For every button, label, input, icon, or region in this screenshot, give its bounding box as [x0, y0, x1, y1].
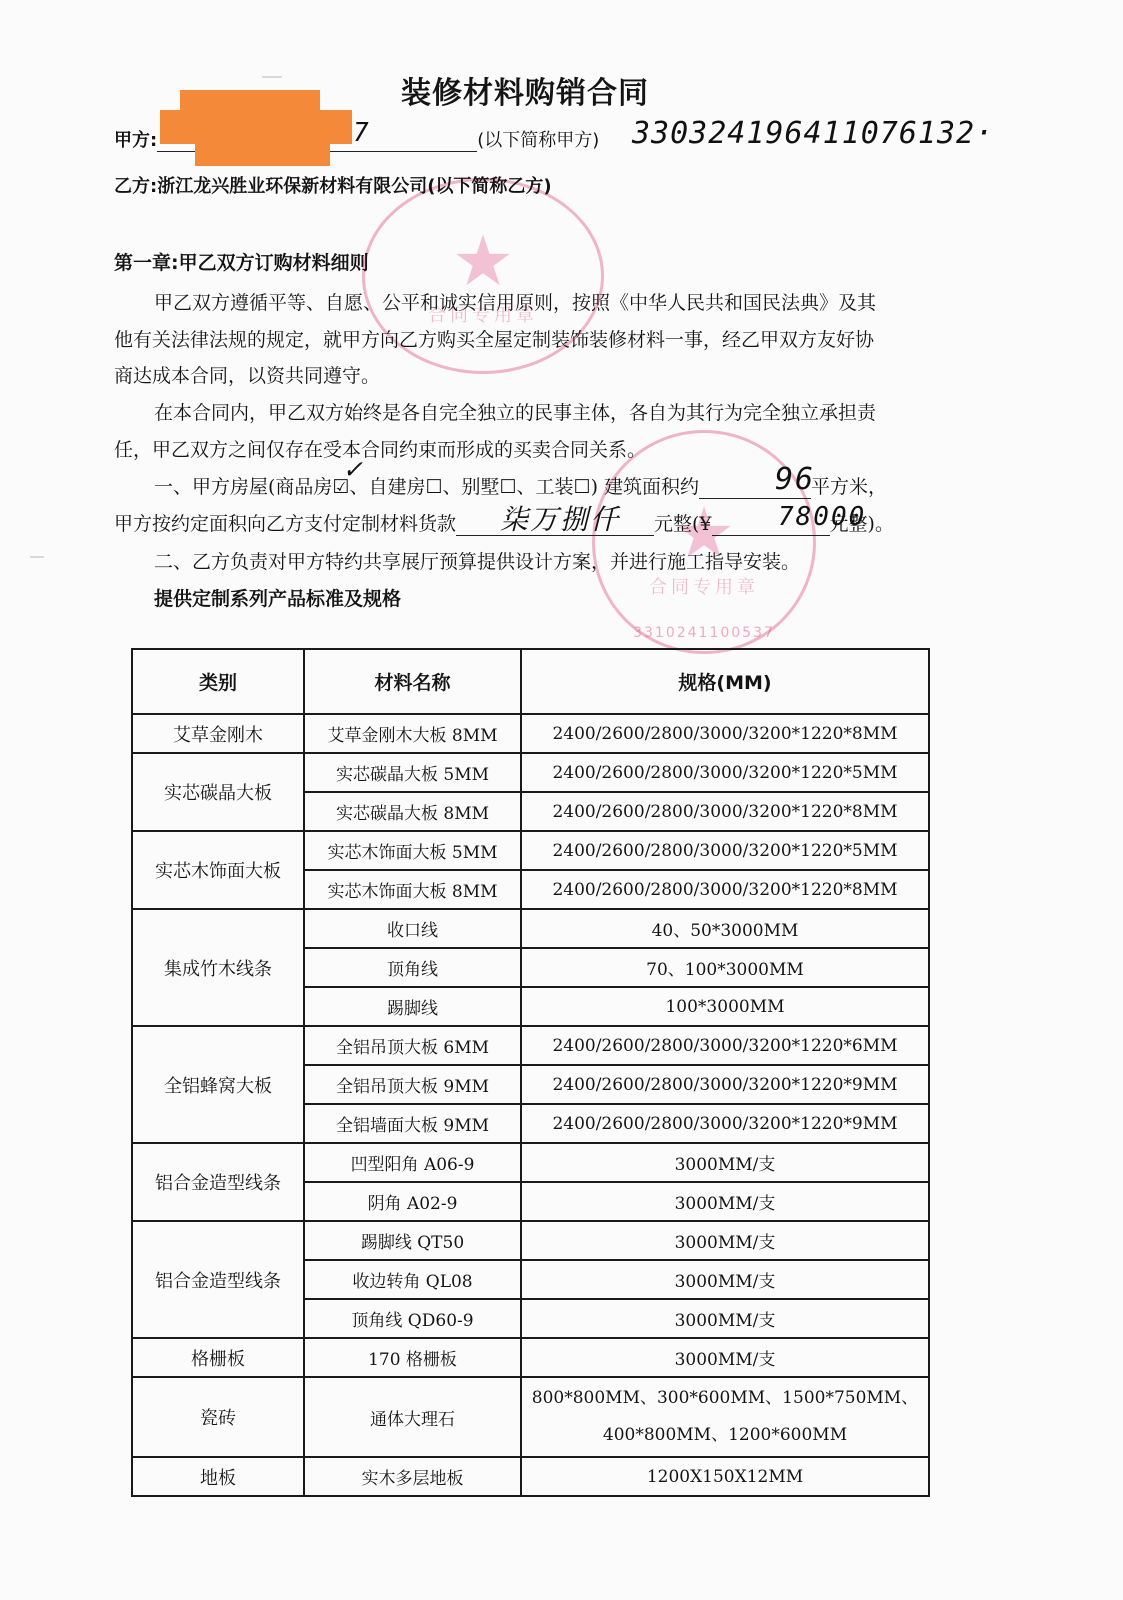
- category-cell: 瓷砖: [132, 1377, 304, 1457]
- paragraph-1-line-1: 甲乙双方遵循平等、自愿、公平和诚实信用原则，按照《中华人民共和国民法典》及其: [154, 288, 876, 315]
- paragraph-2-line-1: 在本合同内，甲乙双方始终是各自完全独立的民事主体，各自为其行为完全独立承担责: [154, 398, 876, 425]
- category-cell: 集成竹木线条: [132, 909, 304, 1026]
- material-name-cell: 170 格栅板: [304, 1338, 521, 1377]
- party-b-suffix: (以下简称乙方): [427, 176, 551, 197]
- material-name-cell: 实芯碳晶大板 8MM: [304, 792, 521, 831]
- category-cell: 艾草金刚木: [132, 714, 304, 753]
- category-cell: 格栅板: [132, 1338, 304, 1377]
- spec-cell: 1200X150X12MM: [521, 1457, 929, 1496]
- table-row: 格栅板 170 格栅板 3000MM/支: [132, 1338, 929, 1377]
- material-name-cell: 实木多层地板: [304, 1457, 521, 1496]
- spec-cell: 40、50*3000MM: [521, 909, 929, 948]
- spec-cell: 2400/2600/2800/3000/3200*1220*5MM: [521, 753, 929, 792]
- spec-cell: 3000MM/支: [521, 1260, 929, 1299]
- material-name-cell: 实芯木饰面大板 5MM: [304, 831, 521, 870]
- material-name-cell: 通体大理石: [304, 1377, 521, 1457]
- spec-line-1: 800*800MM、300*600MM、1500*750MM、: [522, 1380, 928, 1417]
- paragraph-1-line-3: 商达成本合同，以资共同遵守。: [114, 361, 380, 388]
- spec-cell: 2400/2600/2800/3000/3200*1220*8MM: [521, 870, 929, 909]
- header-category: 类别: [132, 649, 304, 714]
- area-unit: 平方米，: [811, 476, 887, 498]
- category-cell: 实芯木饰面大板: [132, 831, 304, 909]
- table-row: 铝合金造型线条 踢脚线 QT50 3000MM/支: [132, 1221, 929, 1260]
- header-specification: 规格(MM): [521, 649, 929, 714]
- material-name-cell: 收口线: [304, 909, 521, 948]
- amount-words-handwritten: 柒万捌仟: [500, 498, 620, 538]
- material-name-cell: 踢脚线: [304, 987, 521, 1026]
- spec-table: 类别 材料名称 规格(MM) 艾草金刚木 艾草金刚木大板 8MM 2400/26…: [131, 648, 930, 1497]
- category-cell: 地板: [132, 1457, 304, 1496]
- stamp-text: 合同专用章: [595, 573, 813, 599]
- paragraph-1-line-2: 他有关法律法规的规定，就甲方向乙方购买全屋定制装饰装修材料一事，经乙甲双方友好协: [114, 325, 874, 352]
- material-name-cell: 凹型阳角 A06-9: [304, 1143, 521, 1182]
- checkmark-handwritten: ✓: [344, 452, 363, 485]
- table-row: 地板 实木多层地板 1200X150X12MM: [132, 1457, 929, 1496]
- spec-cell: 100*3000MM: [521, 987, 929, 1026]
- clause-1-middle: 、自建房☐、别墅☐、工装☐) 建筑面积约: [349, 476, 699, 498]
- redaction-box: [195, 140, 330, 166]
- table-row: 全铝蜂窝大板 全铝吊顶大板 6MM 2400/2600/2800/3000/32…: [132, 1026, 929, 1065]
- area-handwritten: 96: [775, 462, 815, 497]
- spec-cell: 800*800MM、300*600MM、1500*750MM、 400*800M…: [521, 1377, 929, 1457]
- spec-cell: 3000MM/支: [521, 1338, 929, 1377]
- amount-mid: 元整(¥: [654, 513, 712, 535]
- table-row: 艾草金刚木 艾草金刚木大板 8MM 2400/2600/2800/3000/32…: [132, 714, 929, 753]
- material-name-cell: 顶角线: [304, 948, 521, 987]
- table-row: 铝合金造型线条 凹型阳角 A06-9 3000MM/支: [132, 1143, 929, 1182]
- material-name-cell: 全铝吊顶大板 9MM: [304, 1065, 521, 1104]
- table-row: 集成竹木线条 收口线 40、50*3000MM: [132, 909, 929, 948]
- party-a-id-number-handwritten: 330324196411076132·: [632, 116, 994, 151]
- material-name-cell: 全铝吊顶大板 6MM: [304, 1026, 521, 1065]
- stamp-number: 3310241100537: [595, 625, 813, 641]
- clause-2: 二、乙方负责对甲方特约共享展厅预算提供设计方案，并进行施工指导安装。: [154, 547, 800, 574]
- spec-cell: 2400/2600/2800/3000/3200*1220*8MM: [521, 714, 929, 753]
- party-b-name: 浙江龙兴胜业环保新材料有限公司: [157, 176, 427, 197]
- table-row: 瓷砖 通体大理石 800*800MM、300*600MM、1500*750MM、…: [132, 1377, 929, 1457]
- spec-cell: 2400/2600/2800/3000/3200*1220*9MM: [521, 1104, 929, 1143]
- material-name-cell: 顶角线 QD60-9: [304, 1299, 521, 1338]
- spec-heading: 提供定制系列产品标准及规格: [154, 584, 401, 611]
- spec-cell: 2400/2600/2800/3000/3200*1220*9MM: [521, 1065, 929, 1104]
- spec-cell: 70、100*3000MM: [521, 948, 929, 987]
- chapter-1-heading: 第一章:甲乙双方订购材料细则: [114, 248, 369, 275]
- redaction-box: [160, 110, 352, 144]
- material-name-cell: 实芯木饰面大板 8MM: [304, 870, 521, 909]
- spec-cell: 2400/2600/2800/3000/3200*1220*6MM: [521, 1026, 929, 1065]
- party-b-line: 乙方:浙江龙兴胜业环保新材料有限公司(以下简称乙方): [114, 172, 552, 198]
- document-title: 装修材料购销合同: [0, 68, 1050, 112]
- material-name-cell: 收边转角 QL08: [304, 1260, 521, 1299]
- spec-cell: 2400/2600/2800/3000/3200*1220*5MM: [521, 831, 929, 870]
- spec-line-2: 400*800MM、1200*600MM: [522, 1417, 928, 1454]
- table-row: 实芯碳晶大板 实芯碳晶大板 5MM 2400/2600/2800/3000/32…: [132, 753, 929, 792]
- spec-cell: 3000MM/支: [521, 1221, 929, 1260]
- party-a-suffix: (以下简称甲方): [477, 130, 599, 151]
- payment-prefix: 甲方按约定面积向乙方支付定制材料货款: [114, 513, 456, 535]
- category-cell: 铝合金造型线条: [132, 1221, 304, 1338]
- material-name-cell: 艾草金刚木大板 8MM: [304, 714, 521, 753]
- clause-1-prefix: 一、甲方房屋(商品房: [154, 476, 332, 498]
- spec-cell: 3000MM/支: [521, 1143, 929, 1182]
- spec-cell: 3000MM/支: [521, 1299, 929, 1338]
- material-name-cell: 全铝墙面大板 9MM: [304, 1104, 521, 1143]
- category-cell: 铝合金造型线条: [132, 1143, 304, 1221]
- party-a-label: 甲方:: [114, 130, 157, 151]
- amount-number-handwritten: 78000: [778, 502, 866, 532]
- spec-cell: 3000MM/支: [521, 1182, 929, 1221]
- party-b-label: 乙方:: [114, 176, 157, 197]
- header-material-name: 材料名称: [304, 649, 521, 714]
- material-name-cell: 阴角 A02-9: [304, 1182, 521, 1221]
- table-header-row: 类别 材料名称 规格(MM): [132, 649, 929, 714]
- table-row: 实芯木饰面大板 实芯木饰面大板 5MM 2400/2600/2800/3000/…: [132, 831, 929, 870]
- scan-artifact: [30, 556, 44, 558]
- category-cell: 实芯碳晶大板: [132, 753, 304, 831]
- paragraph-2-line-2: 任，甲乙双方之间仅存在受本合同约束而形成的买卖合同关系。: [114, 435, 646, 462]
- category-cell: 全铝蜂窝大板: [132, 1026, 304, 1143]
- material-name-cell: 踢脚线 QT50: [304, 1221, 521, 1260]
- spec-cell: 2400/2600/2800/3000/3200*1220*8MM: [521, 792, 929, 831]
- material-name-cell: 实芯碳晶大板 5MM: [304, 753, 521, 792]
